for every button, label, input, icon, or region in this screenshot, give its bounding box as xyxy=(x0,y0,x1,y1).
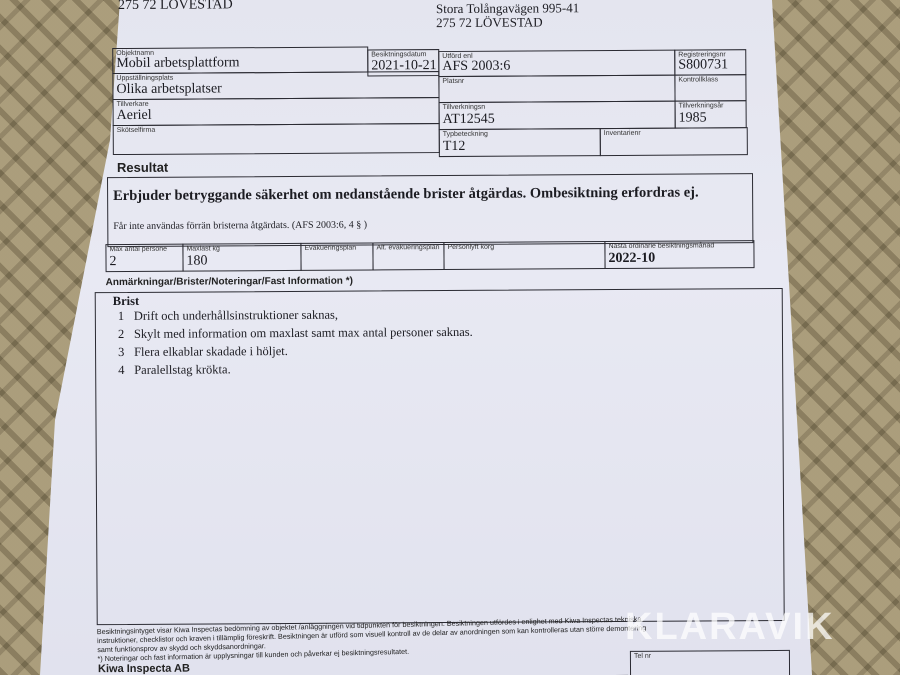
item-number: 3 xyxy=(118,345,134,360)
field-skotselfirma: Skötselfirma xyxy=(113,123,440,155)
result-note: Får inte användas förrän bristerna åtgär… xyxy=(113,220,367,233)
item-text: Flera elkablar skadade i höljet. xyxy=(134,344,288,359)
field-uppstallningsplats: Uppställningsplats Olika arbetsplatser xyxy=(112,71,439,100)
label: Platsnr xyxy=(442,78,464,85)
value: AFS 2003:6 xyxy=(442,59,510,75)
label: Max antal persone xyxy=(109,246,167,253)
remarks-subheading: Brist xyxy=(113,294,139,309)
field-personlyft-korg: Personlyft korg xyxy=(443,241,605,270)
list-item: 2Skylt med information om maxlast samt m… xyxy=(118,325,473,345)
list-item: 3Flera elkablar skadade i höljet. xyxy=(118,343,473,363)
right-address-city: 275 72 LÖVESTAD xyxy=(436,14,543,31)
label: Tillverkningsår xyxy=(679,102,724,109)
watermark-logo: KLARAVIK xyxy=(625,606,835,649)
company-name: Kiwa Inspecta AB xyxy=(98,663,190,675)
label: Maxlast kg xyxy=(186,245,220,252)
field-maxlast: Maxlast kg 180 xyxy=(182,243,301,272)
label: Skötselfirma xyxy=(117,127,156,134)
value: Mobil arbetsplattform xyxy=(116,55,239,72)
result-verdict: Erbjuder betryggande säkerhet om nedanst… xyxy=(113,184,699,205)
item-text: Paralellstag krökta. xyxy=(134,362,231,377)
value: AT12545 xyxy=(443,112,495,128)
field-platsnr: Platsnr xyxy=(438,75,675,103)
remarks-list: 1Drift och underhållsinstruktioner sakna… xyxy=(118,307,473,381)
field-inventarienr: Inventarienr xyxy=(600,127,748,156)
field-typbeteckning: Typbeteckning T12 xyxy=(439,128,601,157)
label: Tillverkningsn xyxy=(443,104,486,111)
label: Evakueringsplan xyxy=(304,245,356,252)
list-item: 4Paralellstag krökta. xyxy=(118,361,473,381)
field-tillverkare: Tillverkare Aeriel xyxy=(113,97,440,126)
value: Aeriel xyxy=(117,108,152,124)
value: 180 xyxy=(186,253,207,269)
value: S800731 xyxy=(678,57,728,73)
field-registreringsnr: Registreringsnr S800731 xyxy=(674,49,746,75)
inspection-certificate: 275 72 LÖVESTAD Stora Tolångavägen 995-4… xyxy=(0,0,900,675)
field-alt-evakueringsplan: Alt. evakueringsplan xyxy=(372,242,444,270)
label: Typbeteckning xyxy=(443,131,488,138)
field-max-persons: Max antal persone 2 xyxy=(105,244,183,272)
left-address: 275 72 LÖVESTAD xyxy=(118,0,233,14)
field-tel: Tel nr xyxy=(630,650,790,675)
item-number: 1 xyxy=(118,309,134,324)
label: Alt. evakueringsplan xyxy=(376,244,439,251)
item-number: 4 xyxy=(118,363,134,378)
value: 1985 xyxy=(679,110,707,126)
result-heading: Resultat xyxy=(117,160,168,175)
list-item: 1Drift och underhållsinstruktioner sakna… xyxy=(118,307,473,327)
field-tillverkningsnr: Tillverkningsn AT12545 xyxy=(439,101,676,130)
value: T12 xyxy=(443,139,466,155)
label: Inventarienr xyxy=(604,130,641,137)
label: Kontrollklass xyxy=(678,76,718,83)
field-evakueringsplan: Evakueringsplan xyxy=(300,242,373,270)
field-objektnamn: Objektnamn Mobil arbetsplattform xyxy=(112,46,368,74)
field-tillverkningsar: Tillverkningsår 1985 xyxy=(675,100,747,128)
label: Personlyft korg xyxy=(447,244,494,251)
field-kontrollklass: Kontrollklass xyxy=(674,74,746,101)
item-number: 2 xyxy=(118,327,134,342)
field-nasta-besiktning: Nästa ordinarie besiktningsmånad 2022-10 xyxy=(604,240,754,269)
item-text: Skylt med information om maxlast samt ma… xyxy=(134,325,473,341)
label: Tel nr xyxy=(634,653,651,660)
value: 2 xyxy=(109,254,116,270)
result-box: Erbjuder betryggande säkerhet om nedanst… xyxy=(107,173,753,247)
field-utford-enl: Utförd enl AFS 2003:6 xyxy=(438,50,675,77)
remarks-heading: Anmärkningar/Brister/Noteringar/Fast Inf… xyxy=(106,276,353,289)
value: Olika arbetsplatser xyxy=(116,81,221,98)
label: Nästa ordinarie besiktningsmånad xyxy=(608,242,714,250)
item-text: Drift och underhållsinstruktioner saknas… xyxy=(134,308,338,323)
value: 2022-10 xyxy=(608,251,655,267)
remarks-box: Brist 1Drift och underhållsinstruktioner… xyxy=(95,288,785,625)
